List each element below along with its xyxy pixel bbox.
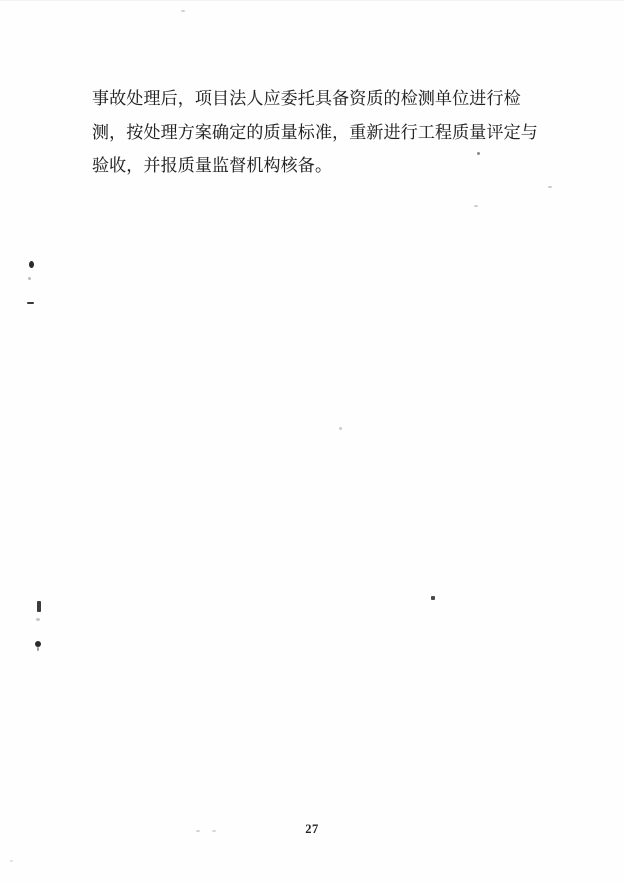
ink-mark — [37, 601, 41, 612]
ink-tail — [37, 647, 39, 651]
faint-speck — [339, 427, 342, 430]
paragraph-line-3: 验收，并报质量监督机构核备。 — [92, 149, 562, 183]
faint-speck — [474, 205, 478, 207]
paragraph: 事故处理后，项目法人应委托具备资质的检测单位进行检 测，按处理方案确定的质量标准… — [92, 82, 562, 183]
scanned-document-page: 事故处理后，项目法人应委托具备资质的检测单位进行检 测，按处理方案确定的质量标准… — [0, 0, 624, 884]
faint-speck — [181, 10, 185, 12]
paragraph-line-2: 测，按处理方案确定的质量标准，重新进行工程质量评定与 — [92, 116, 562, 150]
faint-speck — [28, 277, 31, 280]
faint-speck — [548, 186, 552, 188]
ink-speck — [431, 596, 435, 600]
ink-dot — [29, 261, 34, 268]
page-number: 27 — [0, 822, 624, 837]
faint-speck — [10, 860, 13, 862]
faint-speck — [36, 618, 40, 621]
paragraph-line-1: 事故处理后，项目法人应委托具备资质的检测单位进行检 — [92, 82, 562, 116]
ink-dash — [27, 302, 34, 304]
ink-dot — [35, 641, 41, 647]
